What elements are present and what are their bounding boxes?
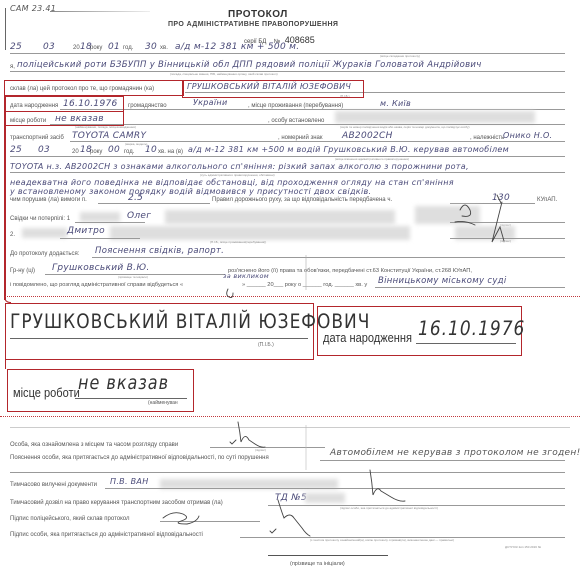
permit-signature-icon (278, 500, 310, 536)
acquainted-signature-icon (238, 422, 265, 447)
witness-1-signature-icon (460, 205, 471, 216)
docs-signature-icon (370, 470, 405, 501)
officer-signature-icon (163, 513, 199, 524)
signatures-overlay (0, 0, 580, 571)
witness-2-signature-icon (492, 202, 504, 242)
